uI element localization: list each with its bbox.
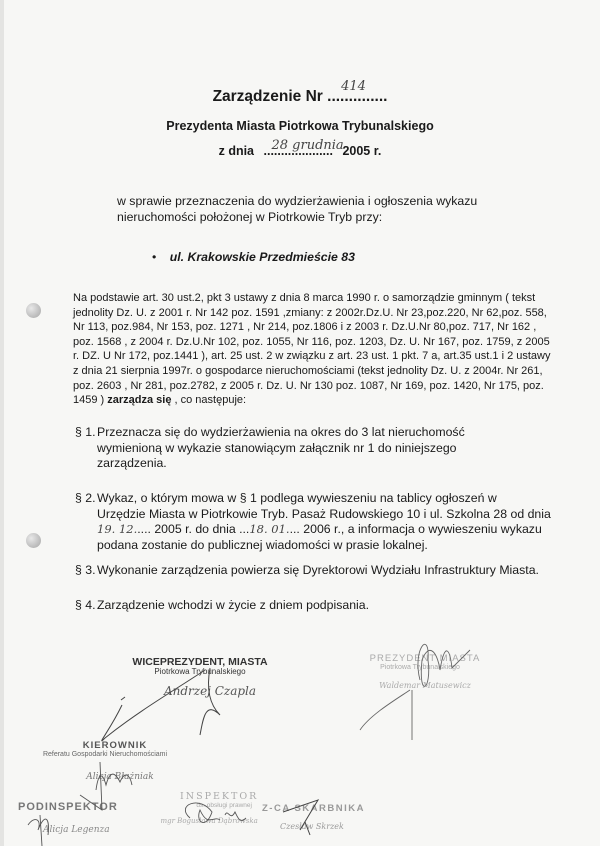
document-date: z dnia .................... 28 grudnia 2… [0,144,600,158]
decree-phrase: zarządza się [107,394,171,406]
from-year: 2005 r. do dnia ... [151,522,249,536]
punch-hole-bottom [26,533,41,548]
stamp-dept: Referatu Gospodarki Nieruchomościami [30,751,180,758]
stamp-title: INSPEKTOR [180,791,258,802]
legal-line: r. DZ. U Nr 172, poz.1441 ), art. 25 ust… [73,349,551,364]
punch-hole-top [26,303,41,318]
paragraph-line: podana zostanie do publicznej wiadomości… [97,538,551,554]
paragraph-number: § 4. [75,598,96,614]
stamp-name: Andrzej Czapla [120,684,300,698]
paragraph-number: § 2. [75,491,96,507]
issuer: Prezydenta Miasta Piotrkowa Trybunalskie… [0,119,600,133]
legal-last-suffix: , co następuje: [171,394,246,406]
stamp-vice-president: WICEPREZYDENT, MIASTA Piotrkowa Trybunal… [100,656,300,698]
stamp-head: KIEROWNIK Referatu Gospodarki Nieruchomo… [30,740,180,782]
to-rest: 2006 r., a informacja o wywieszeniu wyka… [300,522,542,536]
paragraph-text: Przeznacza się do wydzierżawienia na okr… [97,425,465,472]
paragraph-number: § 1. [75,425,96,441]
paragraph-4: § 4. Zarządzenie wchodzi w życie z dniem… [75,598,595,614]
stamp-name: Alicja Błażniak [60,772,180,782]
stamp-president: PREZYDENT MIASTA Piotrkowa Trybunalskieg… [355,653,495,690]
document-title: Zarządzenie Nr .............. 414 [0,88,600,106]
subject-line-2: nieruchomości położonej w Piotrkowie Try… [117,210,477,226]
stamp-city: Piotrkowa Trybunalskiego [100,667,300,676]
legal-line: poz. 1568 , z 2004 r. Dz.U.Nr 102, poz. … [73,335,551,350]
address-item: • ul. Krakowskie Przedmieście 83 [152,250,355,264]
stamp-inspector: INSPEKTOR ds. obsługi prawnej mgr Bogusł… [160,791,258,825]
legal-basis: Na podstawie art. 30 ust.2, pkt 3 ustawy… [73,291,551,408]
paragraph-1: § 1. Przeznacza się do wydzierżawienia n… [75,425,575,475]
stamp-name: mgr Bogusława Dąbrowska [160,817,258,825]
paragraph-2: § 2. Wykaz, o którym mowa w § 1 podlega … [75,491,595,555]
stamp-title: Z-CA SKARBNIKA [262,803,365,814]
paragraph-line: Urzędzie Miasta w Piotrkowie Tryb. Pasaż… [97,507,551,523]
legal-last-prefix: 1459 ) [73,394,107,406]
legal-line-last: 1459 ) zarządza się , co następuje: [73,393,551,408]
bullet-icon: • [152,250,156,264]
legal-line: Nr 113, poz.984, Nr 153, poz. 1271 , Nr … [73,320,551,335]
date-prefix: z dnia [219,144,254,158]
from-dots: .... [137,522,151,536]
paragraph-line: Wykaz, o którym mowa w § 1 podlega wywie… [97,491,551,507]
stamp-title: PREZYDENT MIASTA [355,653,495,664]
date-suffix: 2005 r. [342,144,381,158]
title-prefix: Zarządzenie Nr [213,88,323,105]
legal-line: z dnia 21 sierpnia 1997r. o gospodarce n… [73,364,551,379]
address: ul. Krakowskie Przedmieście 83 [170,250,355,264]
stamp-title: KIEROWNIK [50,740,180,751]
stamp-name: Czesław Skrzek [280,822,365,831]
handwritten-to-date: 18. 01. [249,522,289,536]
subject: w sprawie przeznaczenia do wydzierżawien… [117,194,477,225]
paragraph-line-dates: 19. 12..... 2005 r. do dnia ...18. 01...… [97,522,551,538]
paragraph-text: Zarządzenie wchodzi w życie z dniem podp… [97,598,369,614]
stamp-title: PODINSPEKTOR [18,801,118,813]
stamp-treasurer: Z-CA SKARBNIKA Czesław Skrzek [262,803,365,831]
subject-line-1: w sprawie przeznaczenia do wydzierżawien… [117,194,477,210]
handwritten-number: 414 [341,79,366,94]
stamp-name: Waldemar Matusewicz [355,681,495,690]
legal-line: poz. 2603 , Nr 281, poz.2782, z 2005 r. … [73,379,551,394]
handwritten-date: 28 grudnia [272,138,344,153]
paragraph-number: § 3. [75,563,96,579]
to-dots: ... [290,522,300,536]
paragraph-text: Wykonanie zarządzenia powierza się Dyrek… [97,563,539,579]
legal-line: Na podstawie art. 30 ust.2, pkt 3 ustawy… [73,291,551,306]
paragraph-3: § 3. Wykonanie zarządzenia powierza się … [75,563,595,579]
stamp-name: Alicja Legenza [43,825,118,835]
stamp-dept: ds. obsługi prawnej [190,802,258,809]
legal-line: jednolity Dz. U. z 2001 r. Nr 142 poz. 1… [73,306,551,321]
handwritten-from-date: 19. 12. [97,522,137,536]
stamp-subinspector: PODINSPEKTOR Alicja Legenza [18,801,118,835]
stamp-city: Piotrkowa Trybunalskiego [345,664,495,671]
